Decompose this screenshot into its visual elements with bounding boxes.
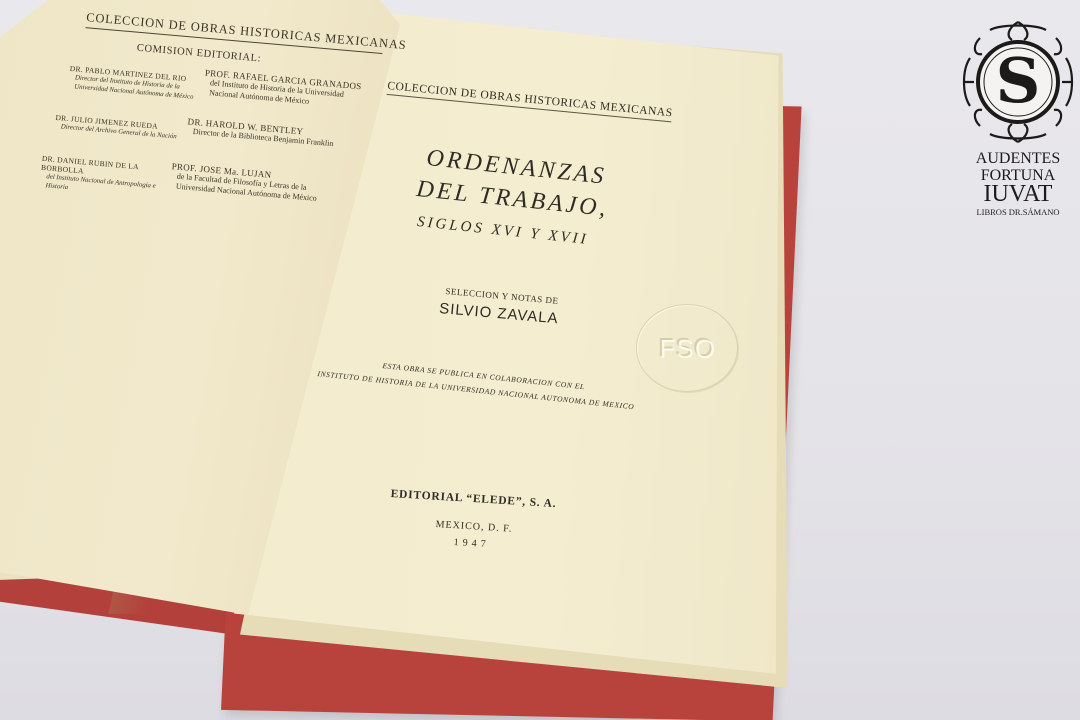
logo-brand-name: LIBROS DR.SÁMANO <box>958 207 1078 217</box>
bookseller-logo: S AUDENTES FORTUNA IUVAT LIBROS DR.SÁMAN… <box>958 18 1078 218</box>
committee-member: DR. PABLO MARTINEZ DEL RIO Director del … <box>68 64 210 103</box>
logo-motto-line-1: AUDENTES <box>958 150 1078 168</box>
committee-members: DR. PABLO MARTINEZ DEL RIO Director del … <box>67 57 380 243</box>
committee-member: PROF. JOSE Ma. LUJAN de la Facultad de F… <box>170 161 332 205</box>
embossed-stamp-text: FSO <box>659 333 715 364</box>
editorial-committee-block: COLECCION DE OBRAS HISTORICAS MEXICANAS … <box>67 10 384 242</box>
svg-text:S: S <box>996 44 1041 117</box>
committee-member: PROF. RAFAEL GARCIA GRANADOS del Institu… <box>203 68 365 112</box>
embossed-stamp: FSO <box>636 304 738 392</box>
committee-member: DR. HAROLD W. BENTLEY Director de la Bib… <box>186 116 347 150</box>
publication-year: 1947 <box>453 537 490 550</box>
logo-motto-line-3: IUVAT <box>958 182 1078 206</box>
ornamental-s-emblem-icon: S <box>960 18 1076 146</box>
committee-member: DR. JULIO JIMENEZ RUEDA Director del Arc… <box>54 113 195 143</box>
